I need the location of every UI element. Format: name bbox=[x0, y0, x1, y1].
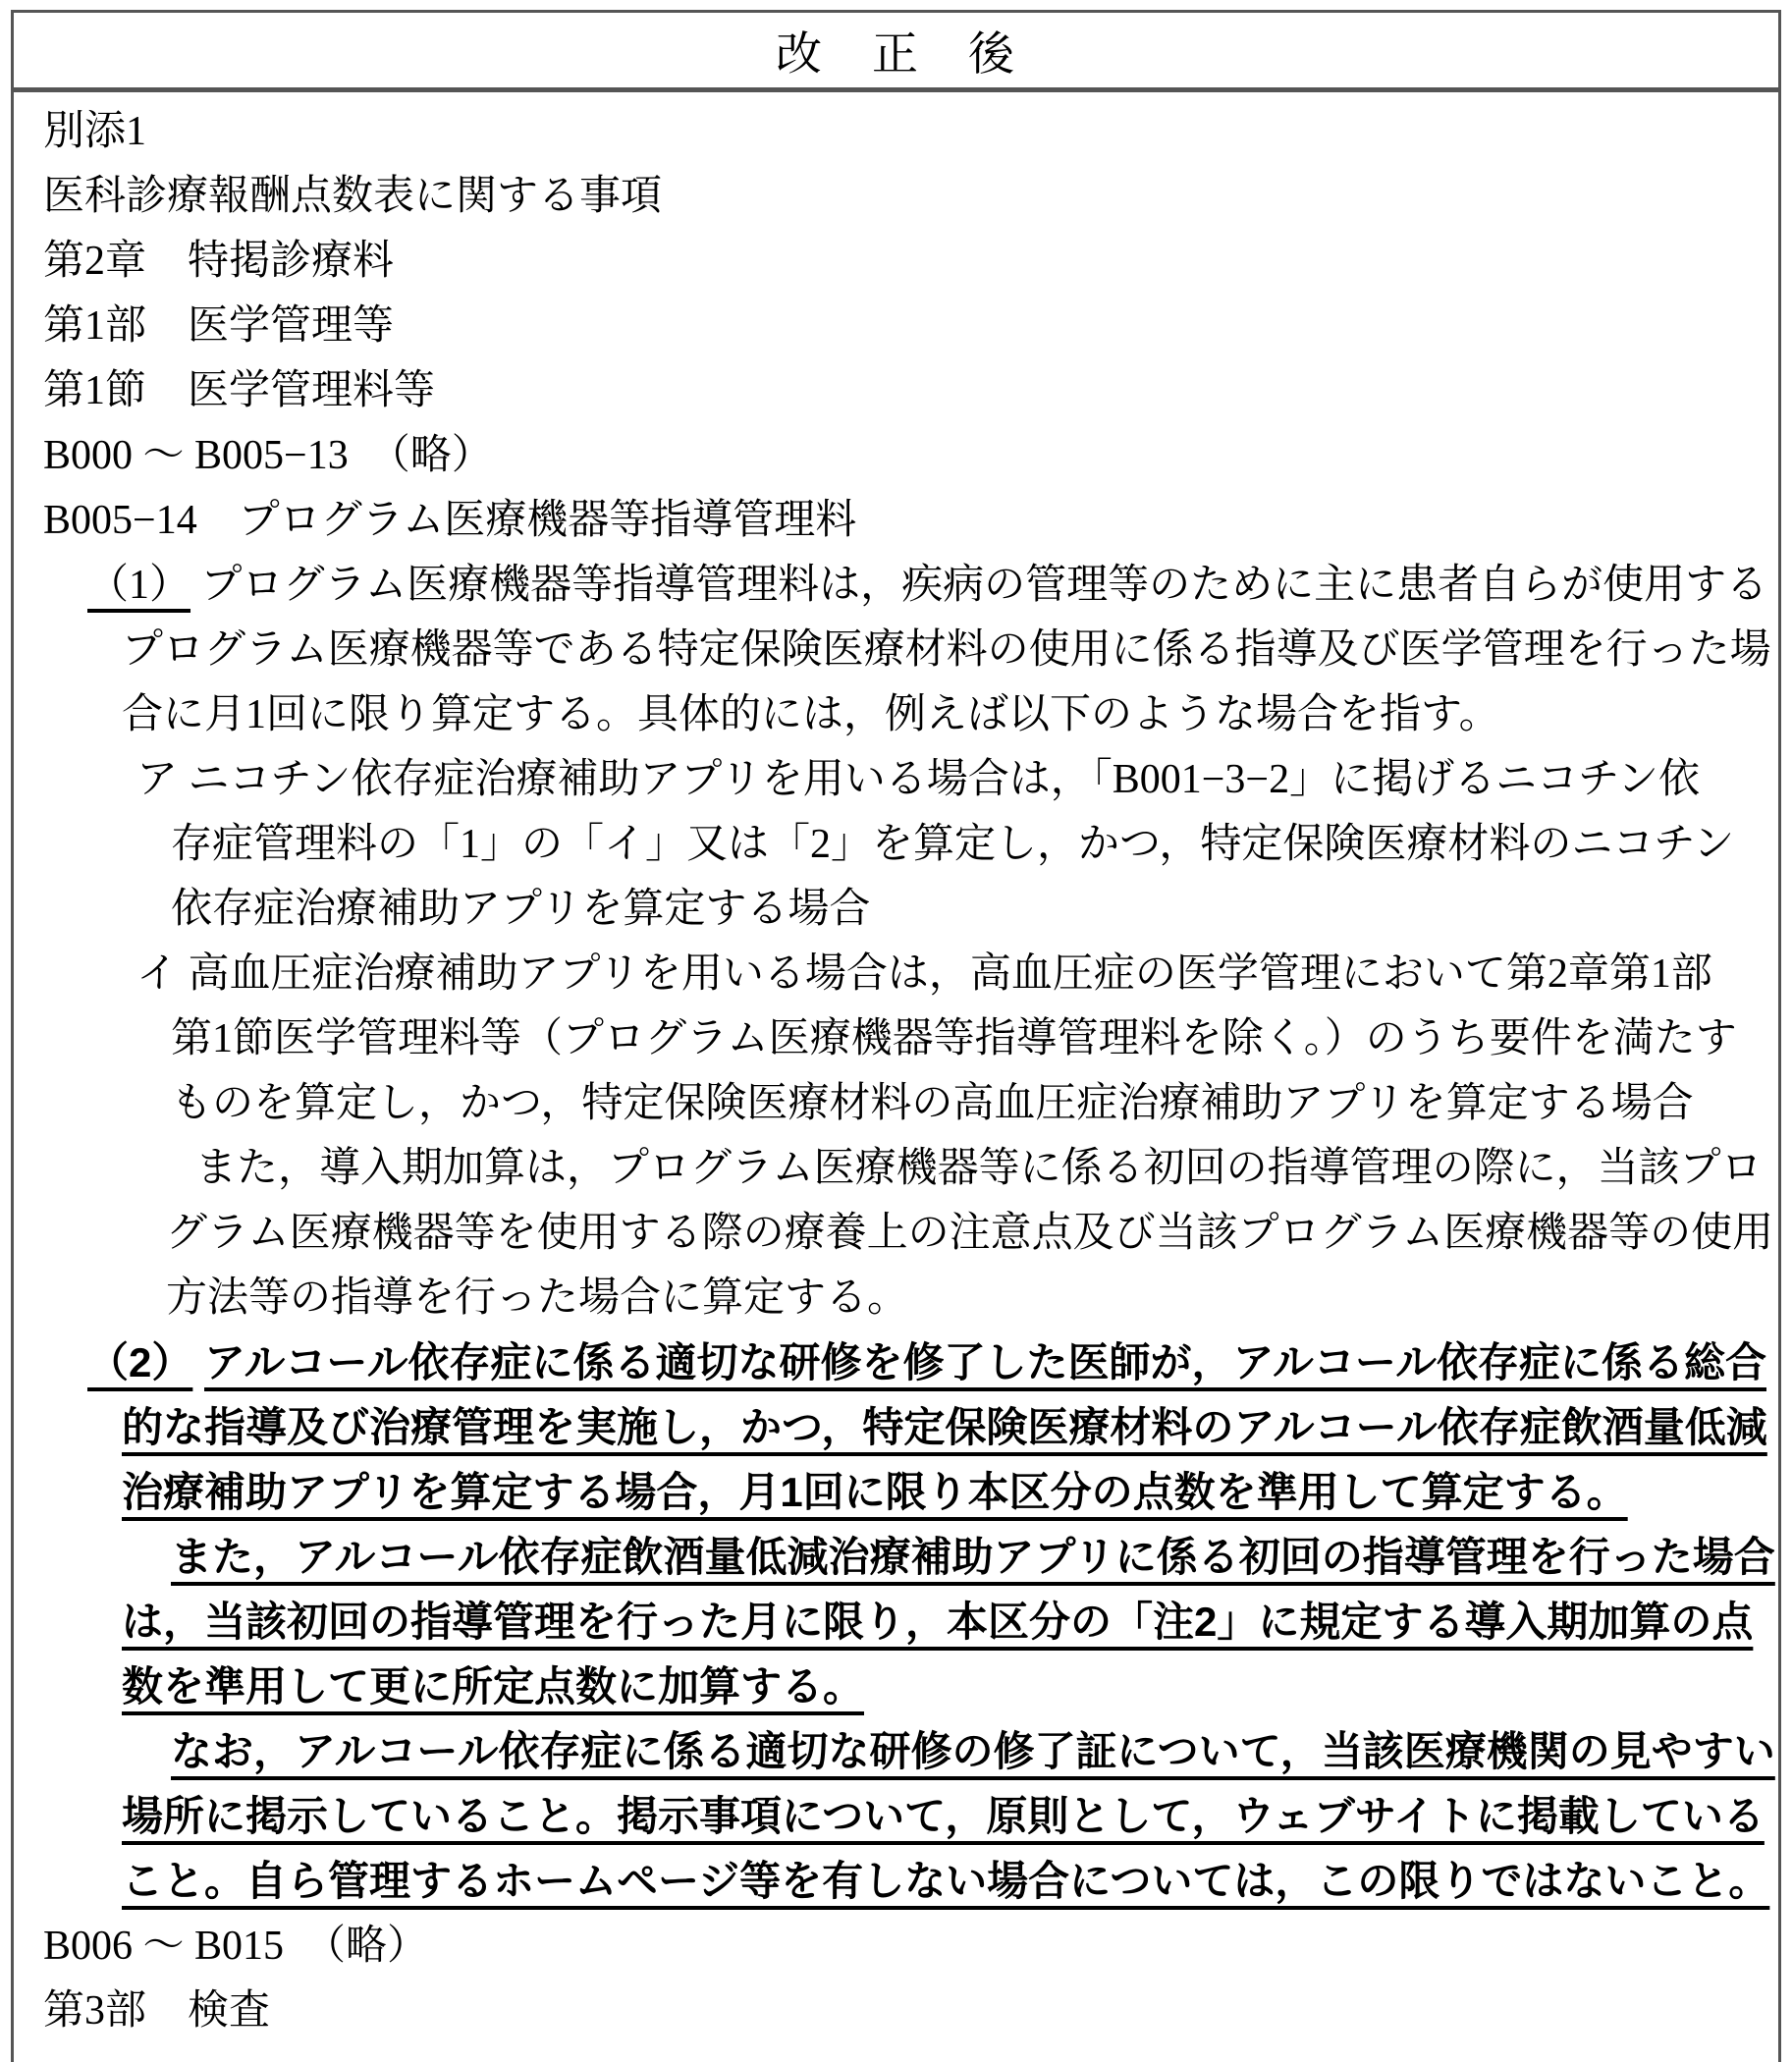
text-line: また，アルコール依存症飲酒量低減治療補助アプリに係る初回の指導管理を行った場合 bbox=[14, 1525, 1778, 1590]
text-line: 第3部 検査 bbox=[14, 1979, 1778, 2043]
text-line: また，導入期加算は，プログラム医療機器等に係る初回の指導管理の際に，当該プロ bbox=[14, 1136, 1778, 1201]
line-text: 高血圧症治療補助アプリを用いる場合は，高血圧症の医学管理において第2章第1部 bbox=[189, 951, 1712, 997]
line-text: なお，アルコール依存症に係る適切な研修の修了証について，当該医療機関の見やすい bbox=[171, 1728, 1775, 1774]
line-text: 場所に掲示していること。掲示事項について，原則として，ウェブサイトに掲載している bbox=[122, 1793, 1765, 1839]
line-text: 治療補助アプリを算定する場合，月1回に限り本区分の点数を準用して算定する。 bbox=[122, 1469, 1628, 1515]
line-text: ニコチン依存症治療補助アプリを用いる場合は，「B001−3−2」に掲げるニコチン… bbox=[189, 757, 1701, 802]
line-text: B006 ～ B015 （略） bbox=[43, 1924, 428, 1969]
text-line: （2） アルコール依存症に係る適切な研修を修了した医師が，アルコール依存症に係る… bbox=[14, 1330, 1778, 1395]
revision-after-table: 改 正 後 別添1医科診療報酬点数表に関する事項第2章 特掲診療料第1部 医学管… bbox=[11, 10, 1781, 2062]
line-text: プログラム医療機器等指導管理料は，疾病の管理等のために主に患者自らが使用する bbox=[201, 563, 1768, 608]
line-text: また，アルコール依存症飲酒量低減治療補助アプリに係る初回の指導管理を行った場合 bbox=[171, 1534, 1775, 1580]
text-line: 第1節 医学管理料等 bbox=[14, 358, 1778, 423]
text-line: イ 高血圧症治療補助アプリを用いる場合は，高血圧症の医学管理において第2章第1部 bbox=[14, 942, 1778, 1006]
text-line: B000 ～ B005−13 （略） bbox=[14, 423, 1778, 488]
line-text: 第1節医学管理料等（プログラム医療機器等指導管理料を除く。）のうち要件を満たす bbox=[171, 1016, 1737, 1061]
text-line: 医科診療報酬点数表に関する事項 bbox=[14, 164, 1778, 229]
line-text: 合に月1回に限り算定する。具体的には，例えば以下のような場合を指す。 bbox=[122, 692, 1500, 737]
line-text: 存症管理料の「1」の「イ」又は「2」を算定し，かつ，特定保険医療材料のニコチン bbox=[171, 822, 1734, 867]
text-line: B006 ～ B015 （略） bbox=[14, 1914, 1778, 1979]
table-header-title: 改 正 後 bbox=[776, 18, 1016, 83]
line-text: グラム医療機器等を使用する際の療養上の注意点及び当該プログラム医療機器等の使用 bbox=[166, 1211, 1773, 1256]
line-text: 第2章 特掲診療料 bbox=[43, 239, 394, 284]
item-marker: （1） bbox=[87, 563, 190, 608]
text-line: ものを算定し，かつ，特定保険医療材料の高血圧症治療補助アプリを算定する場合 bbox=[14, 1071, 1778, 1136]
line-text: B005−14 プログラム医療機器等指導管理料 bbox=[43, 498, 856, 543]
line-text: また，導入期加算は，プログラム医療機器等に係る初回の指導管理の際に，当該プロ bbox=[195, 1146, 1763, 1191]
line-text: 第1節 医学管理料等 bbox=[43, 368, 435, 413]
text-line: グラム医療機器等を使用する際の療養上の注意点及び当該プログラム医療機器等の使用 bbox=[14, 1201, 1778, 1266]
line-text: 依存症治療補助アプリを算定する場合 bbox=[171, 887, 870, 932]
line-text: 医科診療報酬点数表に関する事項 bbox=[43, 174, 662, 219]
line-text: は，当該初回の指導管理を行った月に限り，本区分の「注2」に規定する導入期加算の点 bbox=[122, 1599, 1753, 1645]
line-text: アルコール依存症に係る適切な研修を修了した医師が，アルコール依存症に係る総合 bbox=[204, 1339, 1766, 1385]
line-text: 方法等の指導を行った場合に算定する。 bbox=[166, 1275, 908, 1321]
line-text: ものを算定し，かつ，特定保険医療材料の高血圧症治療補助アプリを算定する場合 bbox=[171, 1081, 1694, 1126]
text-line: 第1部 医学管理等 bbox=[14, 294, 1778, 358]
text-line: 第2章 特掲診療料 bbox=[14, 229, 1778, 294]
text-line: （1） プログラム医療機器等指導管理料は，疾病の管理等のために主に患者自らが使用… bbox=[14, 553, 1778, 618]
text-line: B005−14 プログラム医療機器等指導管理料 bbox=[14, 488, 1778, 553]
text-line: なお，アルコール依存症に係る適切な研修の修了証について，当該医療機関の見やすい bbox=[14, 1719, 1778, 1784]
text-line: 数を準用して更に所定点数に加算する。 bbox=[14, 1655, 1778, 1719]
line-text: B000 ～ B005−13 （略） bbox=[43, 433, 493, 478]
text-line: 方法等の指導を行った場合に算定する。 bbox=[14, 1266, 1778, 1330]
line-text: こと。自ら管理するホームページ等を有しない場合については，この限りではないこと。 bbox=[122, 1858, 1769, 1904]
item-marker: （2） bbox=[87, 1339, 192, 1385]
text-line: 場所に掲示していること。掲示事項について，原則として，ウェブサイトに掲載している bbox=[14, 1784, 1778, 1849]
item-marker: イ bbox=[136, 951, 178, 997]
text-line: 別添1 bbox=[14, 99, 1778, 164]
line-text: 数を準用して更に所定点数に加算する。 bbox=[122, 1663, 864, 1709]
text-line: プログラム医療機器等である特定保険医療材料の使用に係る指導及び医学管理を行った場 bbox=[14, 618, 1778, 682]
text-line: ア ニコチン依存症治療補助アプリを用いる場合は，「B001−3−2」に掲げるニコ… bbox=[14, 747, 1778, 812]
line-text: 別添1 bbox=[43, 109, 146, 154]
text-line: こと。自ら管理するホームページ等を有しない場合については，この限りではないこと。 bbox=[14, 1849, 1778, 1914]
text-line: 治療補助アプリを算定する場合，月1回に限り本区分の点数を準用して算定する。 bbox=[14, 1460, 1778, 1525]
item-marker: ア bbox=[136, 757, 178, 802]
table-header: 改 正 後 bbox=[14, 13, 1778, 92]
line-text: 第3部 検査 bbox=[43, 1988, 270, 2034]
text-line: は，当該初回の指導管理を行った月に限り，本区分の「注2」に規定する導入期加算の点 bbox=[14, 1590, 1778, 1655]
line-text: 第1部 医学管理等 bbox=[43, 303, 394, 349]
line-text: プログラム医療機器等である特定保険医療材料の使用に係る指導及び医学管理を行った場 bbox=[122, 627, 1771, 673]
text-line: 存症管理料の「1」の「イ」又は「2」を算定し，かつ，特定保険医療材料のニコチン bbox=[14, 812, 1778, 877]
text-line: 的な指導及び治療管理を実施し，かつ，特定保険医療材料のアルコール依存症飲酒量低減 bbox=[14, 1395, 1778, 1460]
text-line: 第1節医学管理料等（プログラム医療機器等指導管理料を除く。）のうち要件を満たす bbox=[14, 1006, 1778, 1071]
text-line: 合に月1回に限り算定する。具体的には，例えば以下のような場合を指す。 bbox=[14, 682, 1778, 747]
line-text: 的な指導及び治療管理を実施し，かつ，特定保険医療材料のアルコール依存症飲酒量低減 bbox=[122, 1404, 1767, 1450]
text-line: 依存症治療補助アプリを算定する場合 bbox=[14, 877, 1778, 942]
document-body: 別添1医科診療報酬点数表に関する事項第2章 特掲診療料第1部 医学管理等第1節 … bbox=[14, 92, 1778, 2043]
